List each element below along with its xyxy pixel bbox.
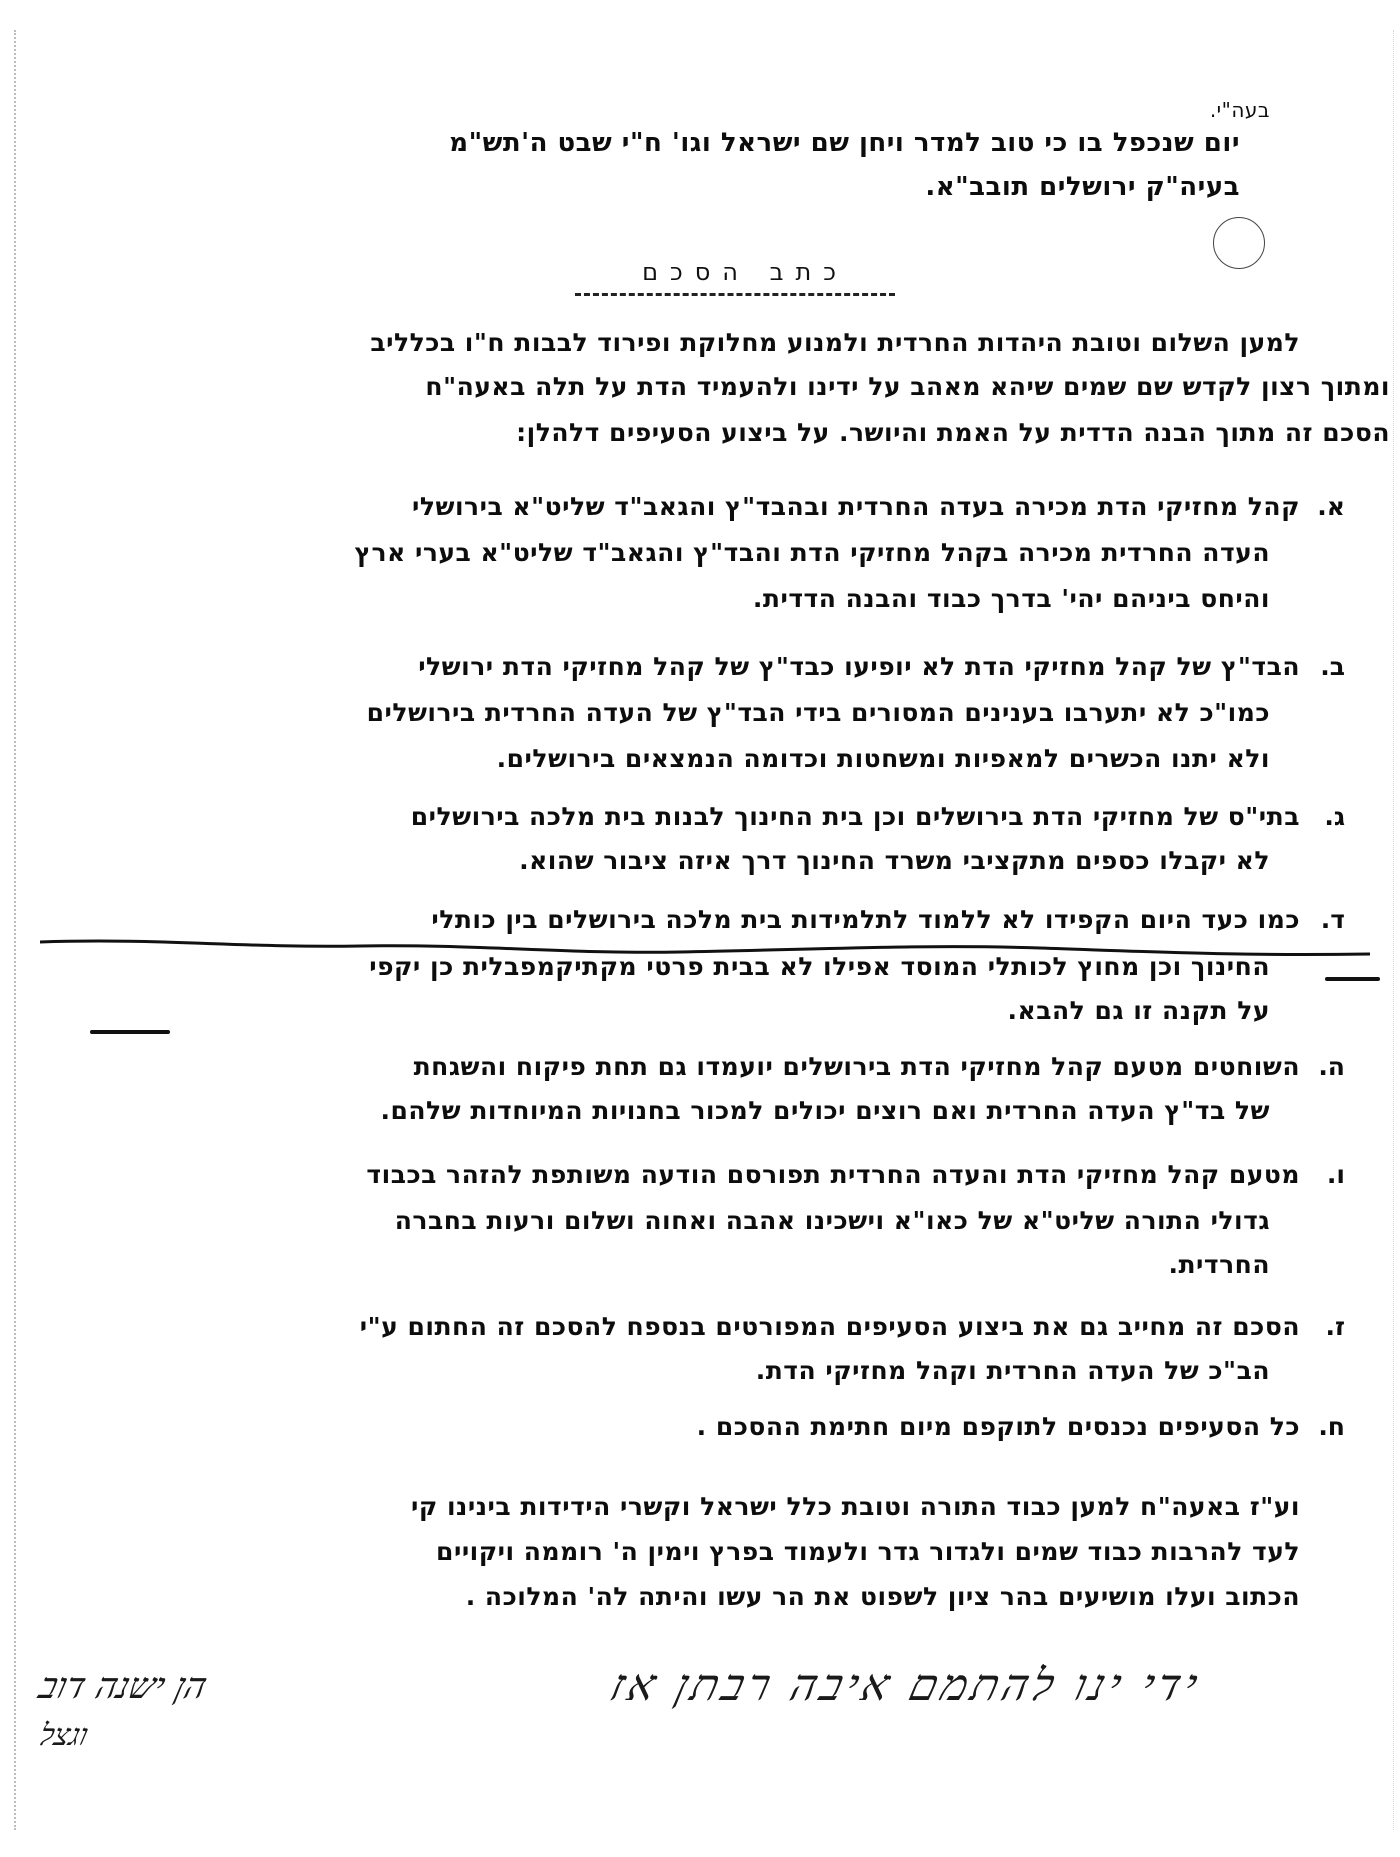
scanned-document-page: בעה"י. יום שנכפל בו כי טוב למדר ויחן שם … xyxy=(0,0,1400,1857)
item-line: כמו"כ לא יתערבו בענינים המסורים בידי הבד… xyxy=(367,698,1270,727)
header-location-line: בעיה"ק ירושלים תובב"א. xyxy=(925,172,1240,202)
margin-dash-mark xyxy=(1325,977,1380,981)
item-line: הבד"ץ של קהל מחזיקי הדת לא יופיעו כבד"ץ … xyxy=(418,652,1300,681)
item-line: החרדית. xyxy=(1168,1250,1270,1279)
closing-line: וע"ז באעה"ח למען כבוד התורה וטובת כלל יש… xyxy=(411,1492,1300,1521)
closing-line: הכתוב ועלו מושיעים בהר ציון לשפוט את הר … xyxy=(466,1582,1300,1611)
hole-punch-circle xyxy=(1213,217,1265,269)
handwritten-signature-name: הן ישנה דוב xyxy=(35,1665,212,1707)
item-label-zayin: ז. xyxy=(1325,1312,1345,1341)
item-line: כל הסעיפים נכנסים לתוקפם מיום חתימת ההסכ… xyxy=(697,1412,1300,1441)
item-line: כמו כעד היום הקפידו לא ללמוד לתלמידות בי… xyxy=(431,905,1300,934)
header-date-line: יום שנכפל בו כי טוב למדר ויחן שם ישראל ו… xyxy=(449,128,1240,158)
intro-line: הסכם זה מתוך הבנה הדדית על האמת והיושר. … xyxy=(516,418,1390,447)
item-label-alef: א. xyxy=(1317,492,1345,521)
item-line: של בד"ץ העדה החרדית ואם רוצים יכולים למכ… xyxy=(380,1096,1270,1125)
item-label-he: ה. xyxy=(1318,1052,1345,1081)
closing-line: לעד להרבות כבוד שמים ולגדור גדר ולעמוד ב… xyxy=(436,1537,1300,1566)
scan-edge-left xyxy=(14,30,16,1830)
intro-line: ומתוך רצון לקדש שם שמים שיהא מאהב על ידי… xyxy=(425,372,1390,401)
item-line: על תקנה זו גם להבא. xyxy=(1008,996,1271,1025)
handwritten-signature-name-2: וגצל xyxy=(36,1718,92,1753)
header-top-label: בעה"י. xyxy=(1210,98,1270,122)
item-label-vav: ו. xyxy=(1327,1160,1345,1189)
item-line: החינוך וכן מחוץ לכותלי המוסד אפילו לא בב… xyxy=(369,952,1270,981)
intro-line: למען השלום וטובת היהדות החרדית ולמנוע מח… xyxy=(370,328,1300,357)
item-line: הב"כ של העדה החרדית וקהל מחזיקי הדת. xyxy=(756,1356,1270,1385)
item-line: לא יקבלו כספים מתקציבי משרד החינוך דרך א… xyxy=(519,846,1270,875)
margin-dash-mark xyxy=(90,1030,170,1034)
item-label-gimel: ג. xyxy=(1324,802,1345,831)
item-line: העדה החרדית מכירה בקהל מחזיקי הדת והבד"ץ… xyxy=(354,538,1270,567)
item-line: קהל מחזיקי הדת מכירה בעדה החרדית ובהבד"ץ… xyxy=(412,492,1300,521)
document-title: כתב הסכם xyxy=(580,258,910,286)
scan-edge-right xyxy=(1393,30,1394,1830)
item-line: מטעם קהל מחזיקי הדת והעדה החרדית תפורסם … xyxy=(366,1160,1300,1189)
item-line: הסכם זה מחייב גם את ביצוע הסעיפים המפורט… xyxy=(360,1312,1300,1341)
item-line: השוחטים מטעם קהל מחזיקי הדת בירושלים יוע… xyxy=(414,1052,1300,1081)
item-line: והיחס ביניהם יהי' בדרך כבוד והבנה הדדית. xyxy=(753,584,1270,613)
title-underline xyxy=(575,290,895,296)
item-line: בתי"ס של מחזיקי הדת בירושלים וכן בית החי… xyxy=(411,802,1300,831)
handwritten-signature: ידי ינו להתמם איבה רבתן אז xyxy=(606,1660,1207,1711)
item-label-het: ח. xyxy=(1318,1412,1345,1441)
item-label-bet: ב. xyxy=(1320,652,1345,681)
item-line: ולא יתנו הכשרים למאפיות ומשחטות וכדומה ה… xyxy=(497,744,1270,773)
item-line: גדולי התורה שליט"א של כאו"א וישכינו אהבה… xyxy=(395,1206,1270,1235)
item-label-dalet: ד. xyxy=(1321,905,1345,934)
